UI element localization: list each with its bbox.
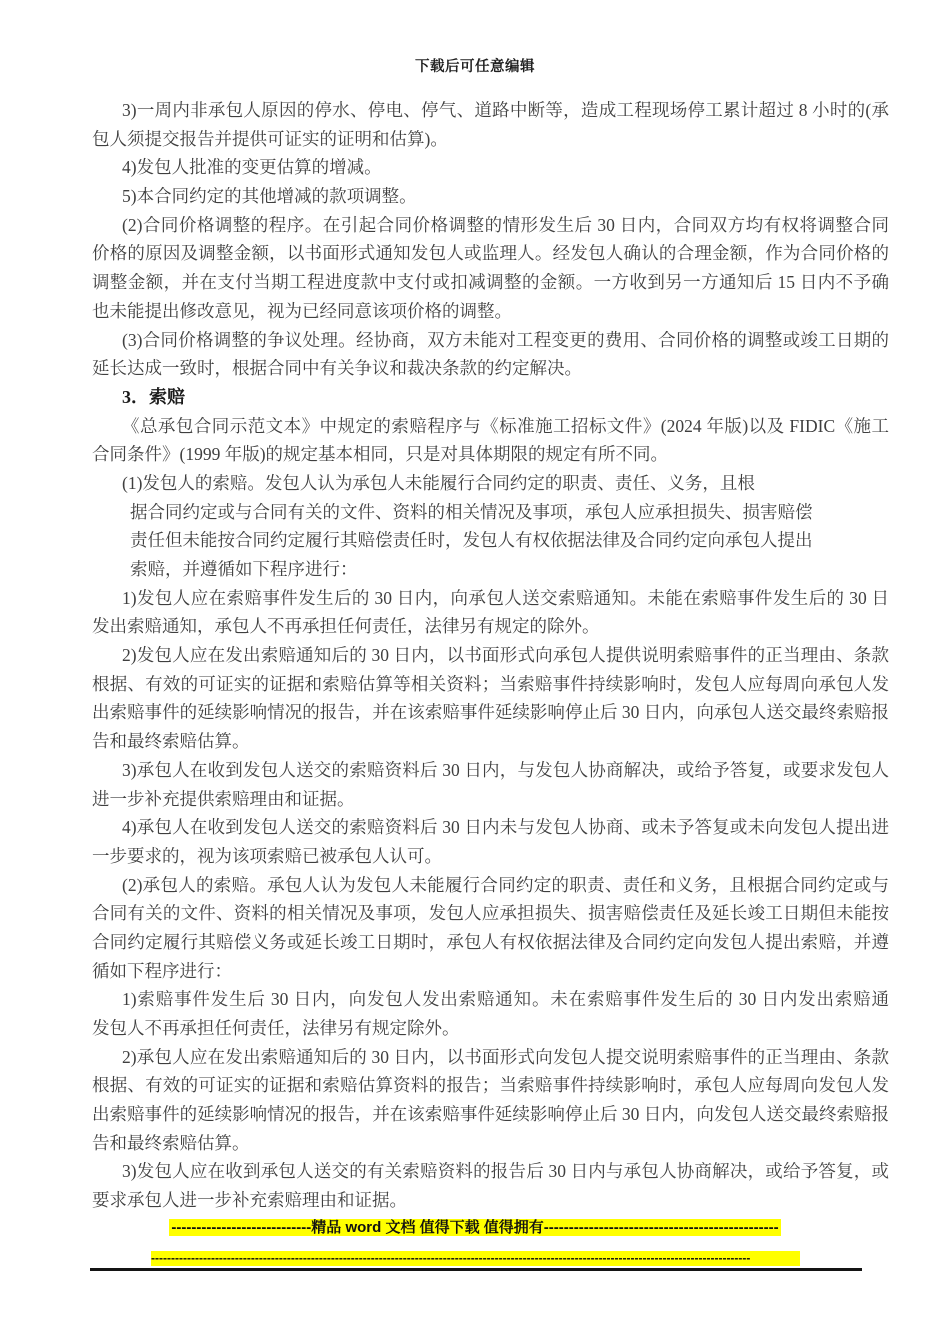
footer-banner-post-dashes: ----------------------------------------… xyxy=(544,1219,779,1236)
text-line: 延长达成一致时，根据合同中有关争议和裁决条款的约定解决。 xyxy=(92,354,889,383)
text-line: 发出索赔通知，承包人不再承担任何责任，法律另有规定的除外。 xyxy=(92,612,889,641)
text-line: 据合同约定或与合同有关的文件、资料的相关情况及事项，承包人应承担损失、损害赔偿 xyxy=(92,498,889,527)
text-line: 索赔，并遵循如下程序进行： xyxy=(92,555,889,584)
text-line: 调整金额，并在支付当期工程进度款中支付或扣减调整的金额。一方收到另一方通知后 1… xyxy=(92,268,889,297)
text-line: 循如下程序进行： xyxy=(92,957,889,986)
text-line: 包人须提交报告并提供可证实的证明和估算)。 xyxy=(92,125,889,154)
text-line: 也未能提出修改意见，视为已经同意该项价格的调整。 xyxy=(92,297,889,326)
text-line: 出索赔事件的延续影响情况的报告，并在该索赔事件延续影响停止后 30 日内，向承包… xyxy=(92,698,889,727)
footer-banner: ----------------------------精品 word 文档 值… xyxy=(0,1218,950,1237)
text-line: 合同约定履行其赔偿义务或延长竣工日期时，承包人有权依据法律及合同约定向发包人提出… xyxy=(92,928,889,957)
section-heading: 3．索赔 xyxy=(92,383,889,412)
text-line: (2)合同价格调整的程序。在引起合同价格调整的情形发生后 30 日内，合同双方均… xyxy=(92,211,889,240)
text-line: 1)发包人应在索赔事件发生后的 30 日内，向承包人送交索赔通知。未能在索赔事件… xyxy=(92,584,889,613)
text-line: 要求承包人进一步补充索赔理由和证据。 xyxy=(92,1186,889,1215)
text-line: 3)承包人在收到发包人送交的索赔资料后 30 日内，与发包人协商解决，或给予答复… xyxy=(92,756,889,785)
text-line: 根据、有效的可证实的证据和索赔估算资料的报告；当索赔事件持续影响时，承包人应每周… xyxy=(92,1071,889,1100)
text-line: (3)合同价格调整的争议处理。经协商，双方未能对工程变更的费用、合同价格的调整或… xyxy=(92,326,889,355)
text-line: 4)发包人批准的变更估算的增减。 xyxy=(92,153,889,182)
footer-dashes-line: ----------------------------------------… xyxy=(151,1251,800,1266)
word-document-page: { "page": { "watermark": "下载后可任意编辑" }, "… xyxy=(0,0,950,1344)
text-line: 价格的原因及调整金额，以书面形式通知发包人或监理人。经发包人确认的合理金额，作为… xyxy=(92,239,889,268)
text-line: 《总承包合同示范文本》中规定的索赔程序与《标准施工招标文件》(2024 年版)以… xyxy=(92,412,889,441)
text-line: 2)承包人应在发出索赔通知后的 30 日内，以书面形式向发包人提交说明索赔事件的… xyxy=(92,1043,889,1072)
text-line: 4)承包人在收到发包人送交的索赔资料后 30 日内未与发包人协商、或未予答复或未… xyxy=(92,813,889,842)
text-line: (1)发包人的索赔。发包人认为承包人未能履行合同约定的职责、责任、义务，且根 xyxy=(92,469,889,498)
text-line: (2)承包人的索赔。承包人认为发包人未能履行合同约定的职责、责任和义务，且根据合… xyxy=(92,871,889,900)
top-watermark: 下载后可任意编辑 xyxy=(0,55,950,76)
footer-banner-label: 精品 word 文档 值得下载 值得拥有 xyxy=(311,1219,544,1236)
footer-banner-pre-dashes: ---------------------------- xyxy=(171,1219,311,1236)
document-body: 3)一周内非承包人原因的停水、停电、停气、道路中断等，造成工程现场停工累计超过 … xyxy=(92,96,889,1215)
text-line: 根据、有效的可证实的证据和索赔估算等相关资料；当索赔事件持续影响时，发包人应每周… xyxy=(92,670,889,699)
text-line: 进一步补充提供索赔理由和证据。 xyxy=(92,785,889,814)
text-line: 合同有关的文件、资料的相关情况及事项，发包人应承担损失、损害赔偿责任及延长竣工日… xyxy=(92,899,889,928)
text-line: 告和最终索赔估算。 xyxy=(92,727,889,756)
text-line: 2)发包人应在发出索赔通知后的 30 日内，以书面形式向承包人提供说明索赔事件的… xyxy=(92,641,889,670)
text-line: 出索赔事件的延续影响情况的报告，并在该索赔事件延续影响停止后 30 日内，向发包… xyxy=(92,1100,889,1129)
text-line: 合同条件》(1999 年版)的规定基本相同，只是对具体期限的规定有所不同。 xyxy=(92,440,889,469)
text-line: 3)发包人应在收到承包人送交的有关索赔资料的报告后 30 日内与承包人协商解决，… xyxy=(92,1157,889,1186)
text-line: 发包人不再承担任何责任，法律另有规定除外。 xyxy=(92,1014,889,1043)
text-line: 3)一周内非承包人原因的停水、停电、停气、道路中断等，造成工程现场停工累计超过 … xyxy=(92,96,889,125)
text-line: 一步要求的，视为该项索赔已被承包人认可。 xyxy=(92,842,889,871)
text-line: 1)索赔事件发生后 30 日内，向发包人发出索赔通知。未在索赔事件发生后的 30… xyxy=(92,985,889,1014)
footer-rule xyxy=(90,1268,862,1271)
footer-banner-highlight: ----------------------------精品 word 文档 值… xyxy=(169,1219,780,1236)
text-line: 5)本合同约定的其他增减的款项调整。 xyxy=(92,182,889,211)
text-line: 告和最终索赔估算。 xyxy=(92,1129,889,1158)
text-line: 责任但未能按合同约定履行其赔偿责任时，发包人有权依据法律及合同约定向承包人提出 xyxy=(92,526,889,555)
